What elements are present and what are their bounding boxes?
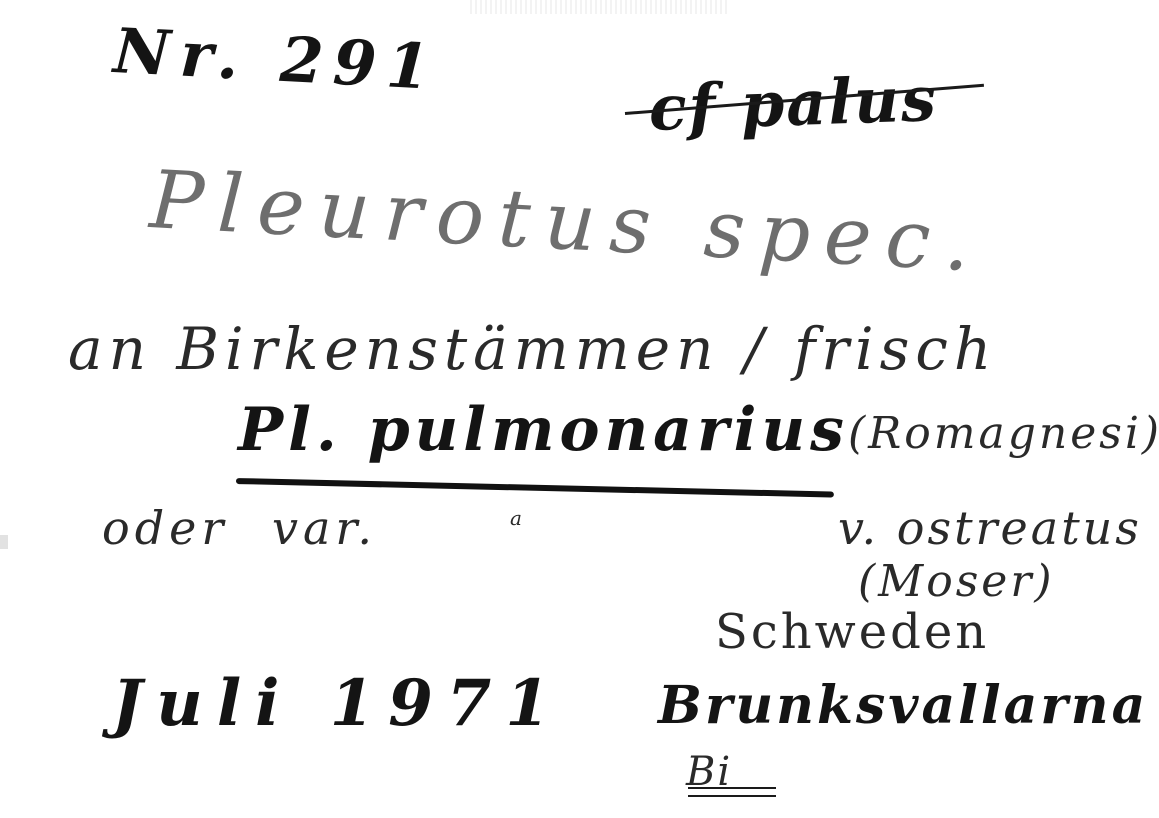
alternative-author: (Moser) xyxy=(858,560,1055,604)
collector-struck: Bi xyxy=(686,752,732,792)
entry-number: Nr. 291 xyxy=(112,20,441,99)
collector-strikethrough xyxy=(688,795,776,797)
specimen-label: Nr. 291 cf palus Pleurotus spec. an Birk… xyxy=(0,0,1159,818)
species-name: Pl. pulmonarius xyxy=(238,400,849,460)
alternative-marker: a xyxy=(510,508,524,528)
struck-note: cf palus xyxy=(648,68,939,140)
collection-date: Juli 1971 xyxy=(112,672,564,736)
scan-speck xyxy=(0,535,8,549)
species-underline xyxy=(236,478,834,498)
scan-artifact xyxy=(470,0,730,14)
alternative-name: v. ostreatus xyxy=(838,505,1142,551)
species-author: (Romagnesi) xyxy=(848,412,1159,456)
genus-title: Pleurotus spec. xyxy=(148,160,986,284)
country: Schweden xyxy=(715,608,989,656)
alternative-rank: var. xyxy=(272,505,377,551)
locality: Brunksvallarna xyxy=(658,680,1148,732)
collector-strikethrough xyxy=(688,787,776,789)
habitat-note: an Birkenstämmen / frisch xyxy=(68,320,997,378)
alternative-prefix: oder xyxy=(102,505,228,551)
